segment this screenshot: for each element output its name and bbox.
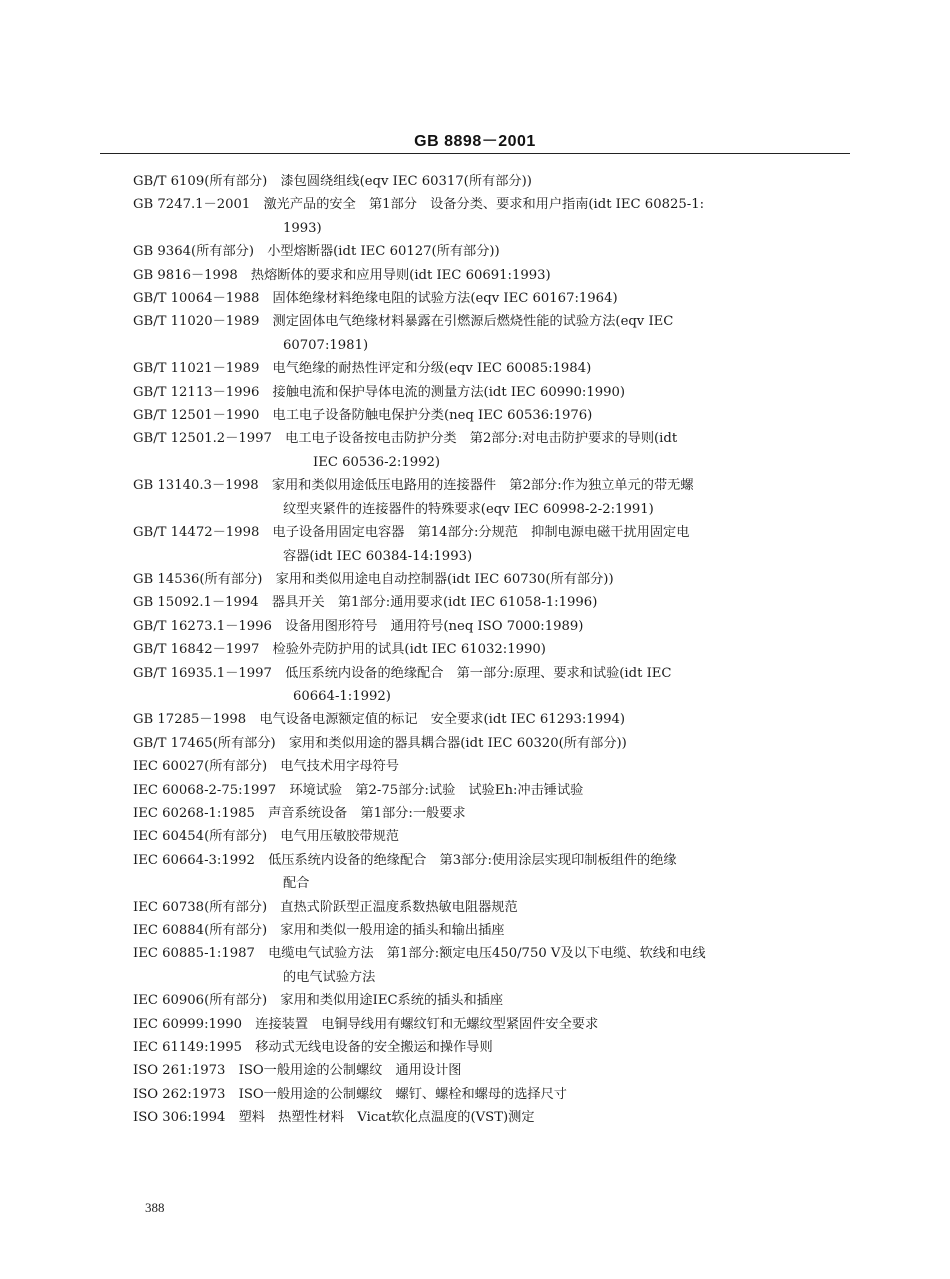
reference-code: GB 14536(所有部分): [133, 572, 262, 587]
reference-title: 测定固体电气绝缘材料暴露在引燃源后燃烧性能的试验方法(eqv IEC: [273, 314, 674, 329]
reference-code: GB/T 10064－1988: [133, 291, 259, 306]
reference-code: GB/T 16273.1－1996: [133, 619, 272, 634]
header-rule: [100, 153, 850, 154]
reference-title-continuation: 纹型夹紧件的连接器件的特殊要求(eqv IEC 60998-2-2:1991): [133, 498, 813, 521]
reference-title-continuation: 60707:1981): [133, 334, 813, 357]
reference-code: GB 9816－1998: [133, 268, 238, 283]
reference-title: 低压系统内设备的绝缘配合 第一部分:原理、要求和试验(idt IEC: [285, 666, 671, 681]
reference-title: 连接装置 电铜导线用有螺纹钉和无螺纹型紧固件安全要求: [255, 1017, 598, 1032]
reference-title: 电子设备用固定电容器 第14部分:分规范 抑制电源电磁干扰用固定电: [273, 525, 690, 540]
reference-entry: GB/T 16935.1－1997 低压系统内设备的绝缘配合 第一部分:原理、要…: [133, 662, 813, 709]
reference-entry: IEC 60738(所有部分) 直热式阶跃型正温度系数热敏电阻器规范: [133, 896, 813, 919]
reference-title: 接触电流和保护导体电流的测量方法(idt IEC 60990:1990): [273, 385, 626, 400]
reference-title-continuation: 容器(idt IEC 60384-14:1993): [133, 545, 813, 568]
reference-code: GB/T 11020－1989: [133, 314, 259, 329]
reference-title: ISO一般用途的公制螺纹 螺钉、螺栓和螺母的选择尺寸: [239, 1087, 567, 1102]
reference-title: 低压系统内设备的绝缘配合 第3部分:使用涂层实现印制板组件的绝缘: [268, 853, 676, 868]
reference-title: 漆包圆绕组线(eqv IEC 60317(所有部分)): [280, 174, 531, 189]
reference-title: 固体绝缘材料绝缘电阻的试验方法(eqv IEC 60167:1964): [273, 291, 618, 306]
reference-entry: IEC 60664-3:1992 低压系统内设备的绝缘配合 第3部分:使用涂层实…: [133, 849, 813, 896]
reference-code: GB 15092.1－1994: [133, 595, 259, 610]
reference-code: IEC 60906(所有部分): [133, 993, 267, 1008]
reference-entry: GB 9364(所有部分) 小型熔断器(idt IEC 60127(所有部分)): [133, 240, 813, 263]
reference-entry: GB/T 17465(所有部分) 家用和类似用途的器具耦合器(idt IEC 6…: [133, 732, 813, 755]
reference-entry: GB 17285－1998 电气设备电源额定值的标记 安全要求(idt IEC …: [133, 708, 813, 731]
reference-title: 器具开关 第1部分:通用要求(idt IEC 61058-1:1996): [272, 595, 597, 610]
reference-code: IEC 61149:1995: [133, 1040, 242, 1055]
reference-entry: IEC 61149:1995 移动式无线电设备的安全搬运和操作导则: [133, 1036, 813, 1059]
reference-code: IEC 60738(所有部分): [133, 900, 267, 915]
reference-title-continuation: 60664-1:1992): [133, 685, 813, 708]
reference-title: 家用和类似用途的器具耦合器(idt IEC 60320(所有部分)): [289, 736, 627, 751]
reference-code: IEC 60027(所有部分): [133, 759, 267, 774]
reference-title: 塑料 热塑性材料 Vicat软化点温度的(VST)测定: [239, 1110, 535, 1125]
reference-entry: IEC 60885-1:1987 电缆电气试验方法 第1部分:额定电压450/7…: [133, 942, 813, 989]
reference-entry: GB/T 10064－1988 固体绝缘材料绝缘电阻的试验方法(eqv IEC …: [133, 287, 813, 310]
reference-entry: ISO 262:1973 ISO一般用途的公制螺纹 螺钉、螺栓和螺母的选择尺寸: [133, 1083, 813, 1106]
reference-entry: IEC 60454(所有部分) 电气用压敏胶带规范: [133, 825, 813, 848]
reference-code: GB 7247.1－2001: [133, 197, 250, 212]
reference-list: GB/T 6109(所有部分) 漆包圆绕组线(eqv IEC 60317(所有部…: [133, 170, 813, 1130]
reference-title: 家用和类似一般用途的插头和输出插座: [280, 923, 504, 938]
reference-entry: IEC 60906(所有部分) 家用和类似用途IEC系统的插头和插座: [133, 989, 813, 1012]
reference-entry: GB 9816－1998 热熔断体的要求和应用导则(idt IEC 60691:…: [133, 264, 813, 287]
reference-entry: IEC 60027(所有部分) 电气技术用字母符号: [133, 755, 813, 778]
reference-code: GB/T 12113－1996: [133, 385, 259, 400]
reference-title: 电缆电气试验方法 第1部分:额定电压450/750 V及以下电缆、软线和电线: [268, 946, 705, 961]
reference-code: GB 13140.3－1998: [133, 478, 259, 493]
reference-code: GB/T 12501.2－1997: [133, 431, 272, 446]
reference-title: 热熔断体的要求和应用导则(idt IEC 60691:1993): [251, 268, 551, 283]
reference-code: GB 17285－1998: [133, 712, 246, 727]
reference-title: 家用和类似用途低压电路用的连接器件 第2部分:作为独立单元的带无螺: [272, 478, 694, 493]
reference-title: 设备用图形符号 通用符号(neq ISO 7000:1989): [285, 619, 583, 634]
reference-entry: GB/T 12501.2－1997 电工电子设备按电击防护分类 第2部分:对电击…: [133, 427, 813, 474]
reference-entry: GB/T 14472－1998 电子设备用固定电容器 第14部分:分规范 抑制电…: [133, 521, 813, 568]
reference-entry: IEC 60268-1:1985 声音系统设备 第1部分:一般要求: [133, 802, 813, 825]
reference-code: IEC 60664-3:1992: [133, 853, 255, 868]
reference-entry: GB 7247.1－2001 激光产品的安全 第1部分 设备分类、要求和用户指南…: [133, 193, 813, 240]
standard-header-title: GB 8898－2001: [0, 128, 950, 151]
reference-entry: ISO 306:1994 塑料 热塑性材料 Vicat软化点温度的(VST)测定: [133, 1106, 813, 1129]
reference-entry: GB 13140.3－1998 家用和类似用途低压电路用的连接器件 第2部分:作…: [133, 474, 813, 521]
reference-title: 检验外壳防护用的试具(idt IEC 61032:1990): [273, 642, 546, 657]
reference-code: ISO 262:1973: [133, 1087, 225, 1102]
reference-title-continuation: IEC 60536-2:1992): [133, 451, 813, 474]
reference-entry: GB/T 11020－1989 测定固体电气绝缘材料暴露在引燃源后燃烧性能的试验…: [133, 310, 813, 357]
reference-code: ISO 306:1994: [133, 1110, 225, 1125]
reference-title: 移动式无线电设备的安全搬运和操作导则: [255, 1040, 492, 1055]
reference-title-continuation: 的电气试验方法: [133, 966, 813, 989]
reference-code: IEC 60884(所有部分): [133, 923, 267, 938]
reference-title: 电气绝缘的耐热性评定和分级(eqv IEC 60085:1984): [273, 361, 592, 376]
reference-entry: GB/T 12501－1990 电工电子设备防触电保护分类(neq IEC 60…: [133, 404, 813, 427]
reference-title: 电气设备电源额定值的标记 安全要求(idt IEC 61293:1994): [259, 712, 625, 727]
reference-title: ISO一般用途的公制螺纹 通用设计图: [239, 1063, 462, 1078]
reference-code: IEC 60268-1:1985: [133, 806, 255, 821]
reference-code: GB/T 6109(所有部分): [133, 174, 267, 189]
page-number: 388: [145, 1200, 165, 1216]
reference-code: ISO 261:1973: [133, 1063, 225, 1078]
reference-code: IEC 60454(所有部分): [133, 829, 267, 844]
reference-title: 小型熔断器(idt IEC 60127(所有部分)): [267, 244, 500, 259]
reference-entry: GB/T 16842－1997 检验外壳防护用的试具(idt IEC 61032…: [133, 638, 813, 661]
reference-code: IEC 60068-2-75:1997: [133, 783, 276, 798]
reference-title: 声音系统设备 第1部分:一般要求: [268, 806, 465, 821]
reference-title-continuation: 配合: [133, 872, 813, 895]
reference-title: 环境试验 第2-75部分:试验 试验Eh:冲击锤试验: [289, 783, 583, 798]
reference-code: GB/T 16935.1－1997: [133, 666, 272, 681]
reference-title: 激光产品的安全 第1部分 设备分类、要求和用户指南(idt IEC 60825-…: [264, 197, 705, 212]
reference-entry: IEC 60068-2-75:1997 环境试验 第2-75部分:试验 试验Eh…: [133, 779, 813, 802]
reference-entry: GB/T 6109(所有部分) 漆包圆绕组线(eqv IEC 60317(所有部…: [133, 170, 813, 193]
reference-entry: IEC 60999:1990 连接装置 电铜导线用有螺纹钉和无螺纹型紧固件安全要…: [133, 1013, 813, 1036]
reference-entry: GB 14536(所有部分) 家用和类似用途电自动控制器(idt IEC 607…: [133, 568, 813, 591]
reference-code: GB 9364(所有部分): [133, 244, 254, 259]
reference-entry: GB/T 11021－1989 电气绝缘的耐热性评定和分级(eqv IEC 60…: [133, 357, 813, 380]
reference-title: 直热式阶跃型正温度系数热敏电阻器规范: [280, 900, 517, 915]
reference-code: GB/T 11021－1989: [133, 361, 259, 376]
reference-title: 电气技术用字母符号: [280, 759, 399, 774]
reference-entry: GB/T 16273.1－1996 设备用图形符号 通用符号(neq ISO 7…: [133, 615, 813, 638]
reference-title: 电气用压敏胶带规范: [280, 829, 399, 844]
reference-title: 家用和类似用途IEC系统的插头和插座: [280, 993, 503, 1008]
reference-code: GB/T 16842－1997: [133, 642, 259, 657]
reference-entry: GB 15092.1－1994 器具开关 第1部分:通用要求(idt IEC 6…: [133, 591, 813, 614]
reference-title: 家用和类似用途电自动控制器(idt IEC 60730(所有部分)): [276, 572, 614, 587]
reference-title: 电工电子设备防触电保护分类(neq IEC 60536:1976): [273, 408, 593, 423]
reference-code: GB/T 12501－1990: [133, 408, 259, 423]
reference-entry: GB/T 12113－1996 接触电流和保护导体电流的测量方法(idt IEC…: [133, 381, 813, 404]
reference-entry: IEC 60884(所有部分) 家用和类似一般用途的插头和输出插座: [133, 919, 813, 942]
reference-code: IEC 60999:1990: [133, 1017, 242, 1032]
reference-entry: ISO 261:1973 ISO一般用途的公制螺纹 通用设计图: [133, 1059, 813, 1082]
reference-title-continuation: 1993): [133, 217, 813, 240]
reference-code: IEC 60885-1:1987: [133, 946, 255, 961]
reference-title: 电工电子设备按电击防护分类 第2部分:对电击防护要求的导则(idt: [285, 431, 677, 446]
reference-code: GB/T 14472－1998: [133, 525, 259, 540]
reference-code: GB/T 17465(所有部分): [133, 736, 276, 751]
